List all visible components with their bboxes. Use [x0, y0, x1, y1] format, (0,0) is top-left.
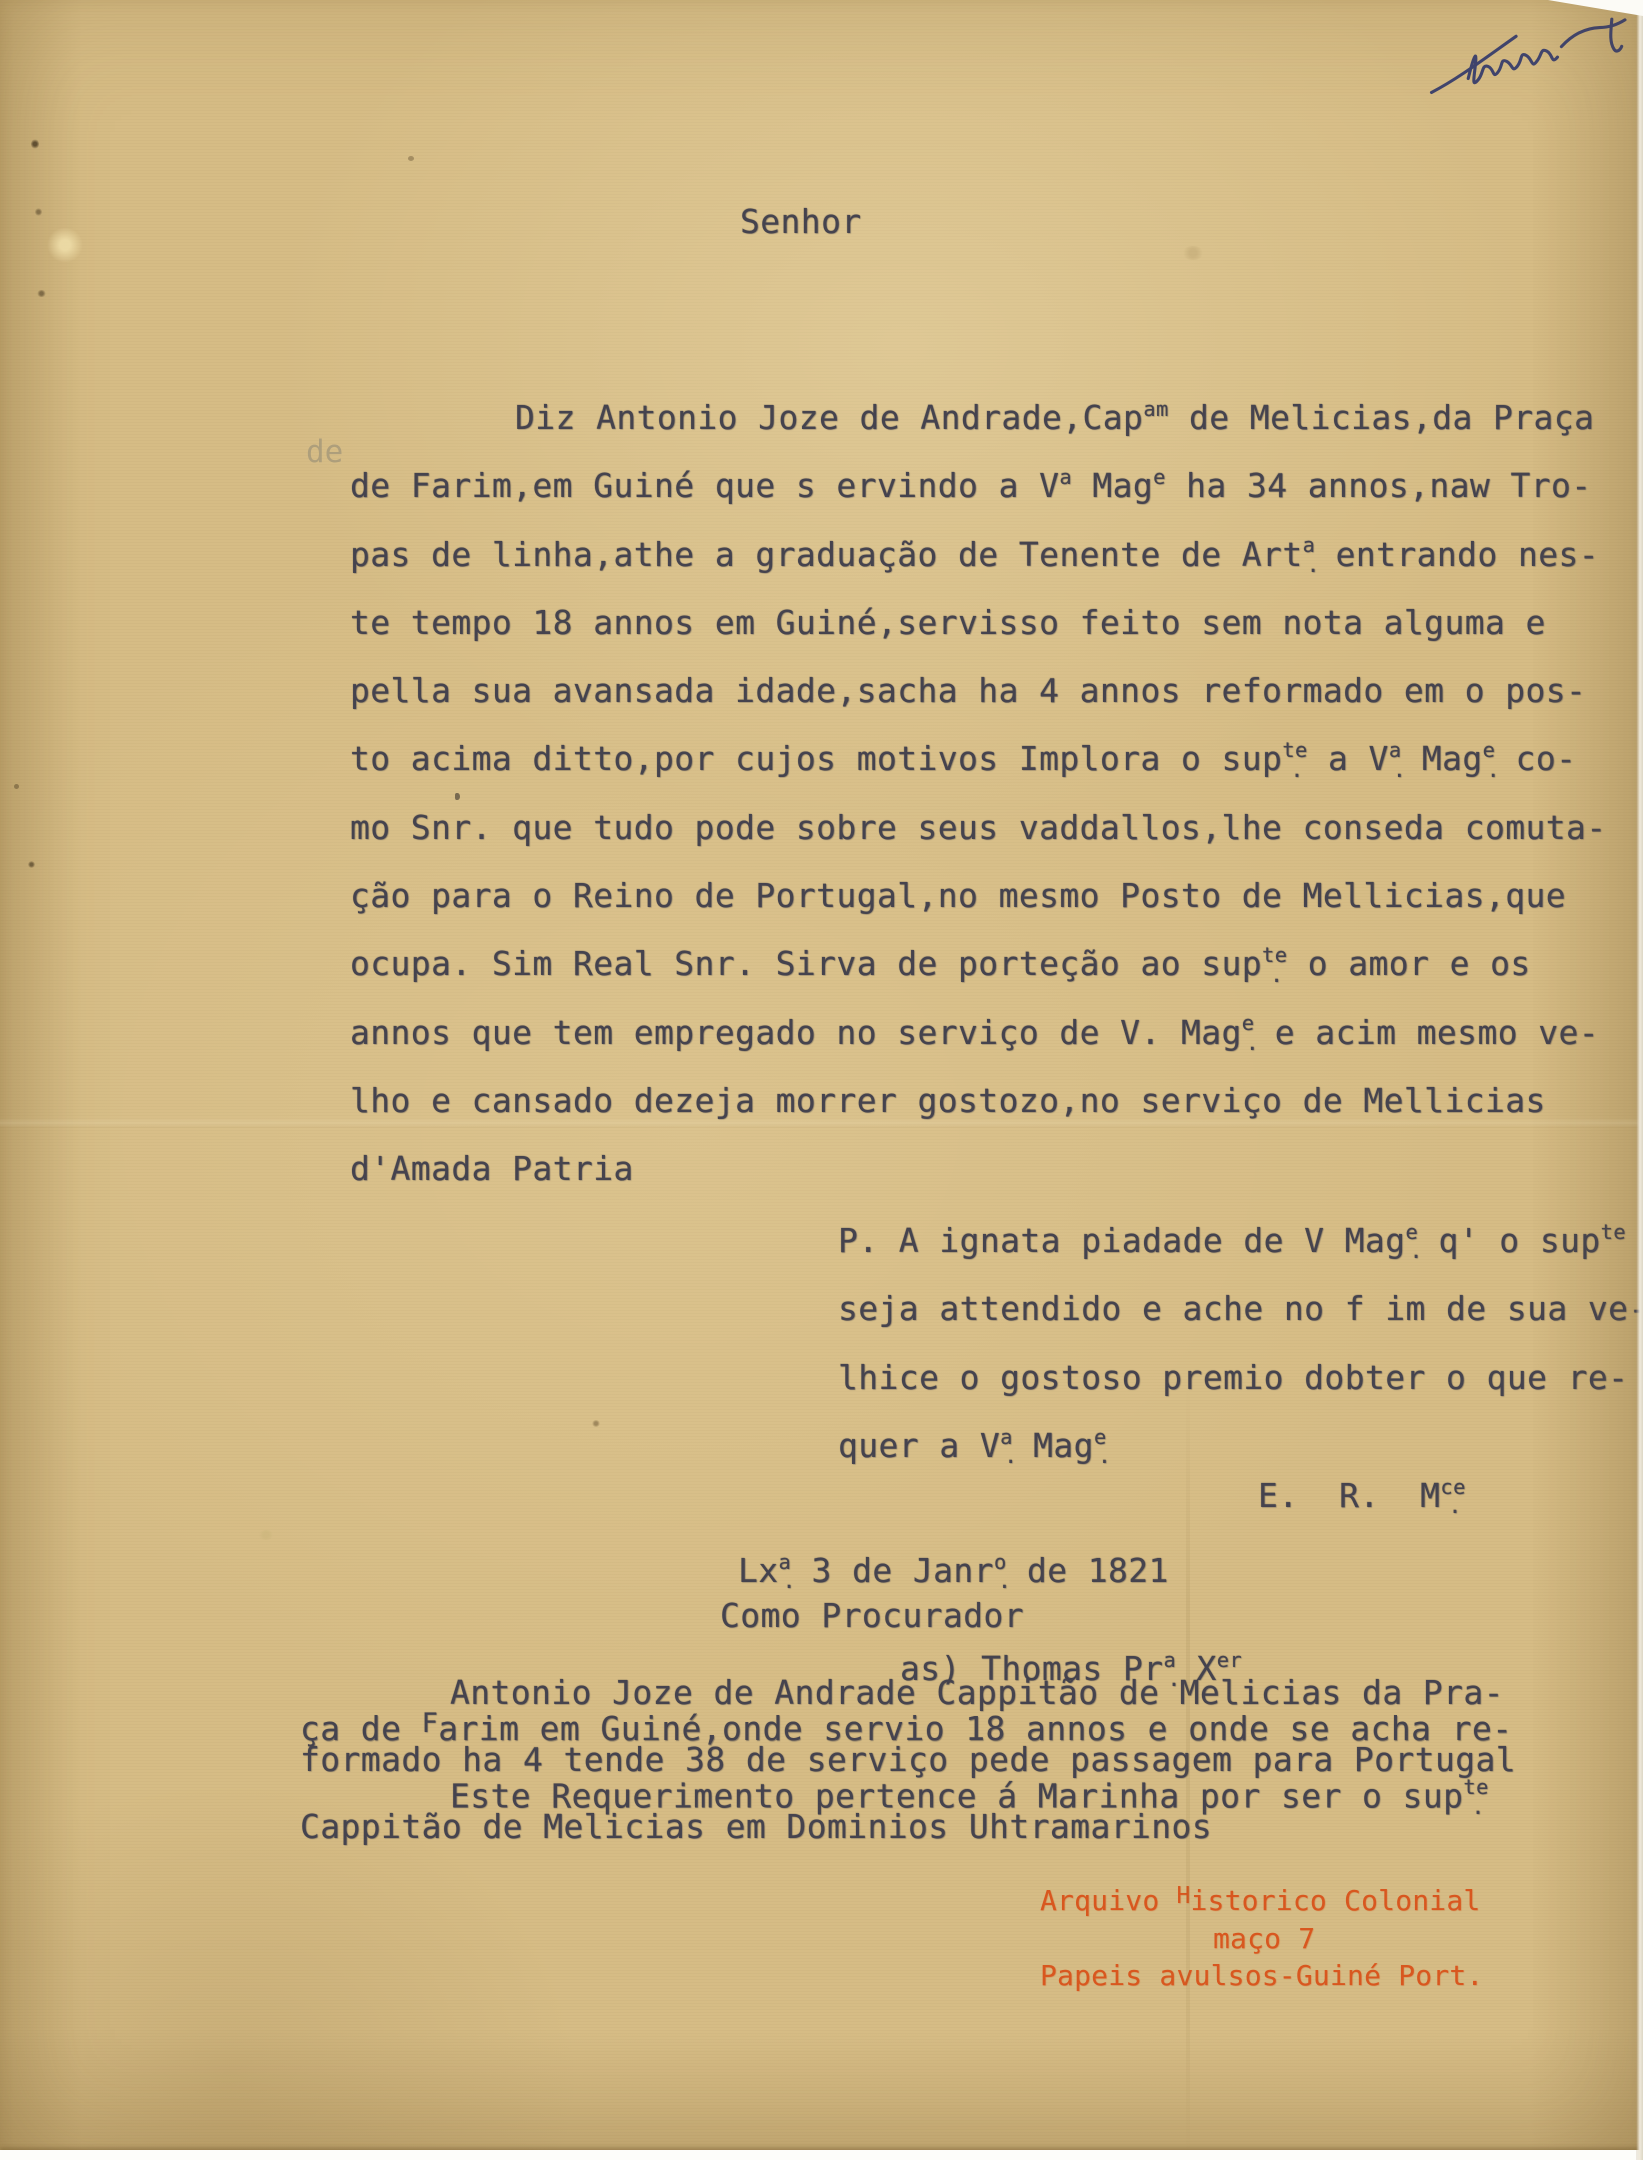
paper-fold [0, 1118, 1643, 1128]
text-line: d'Amada Patria [350, 1135, 1607, 1203]
paper-speck [37, 290, 46, 297]
paper-smudge [1182, 246, 1204, 260]
text-line: annos que tem empregado no serviço de V.… [350, 999, 1607, 1067]
text-line: pas de linha,athe a graduação de Tenente… [350, 521, 1607, 589]
scan-edge-bottom [0, 2150, 1643, 2160]
document-page: Senhor de Diz Antonio Joze de Andrade,Ca… [0, 0, 1643, 2160]
petition-clause: P. A ignata piadade de V Mage q' o supte… [838, 1207, 1643, 1480]
paper-stain [258, 1530, 274, 1540]
text-line: Antonio Joze de Andrade Cappitão de Meli… [300, 1676, 1516, 1710]
text-line: pella sua avansada idade,sacha ha 4 anno… [350, 657, 1607, 725]
text-line: quer a Va Mage [838, 1412, 1643, 1480]
main-paragraph: Diz Antonio Joze de Andrade,Capam de Mel… [350, 384, 1607, 1204]
paper-speck [35, 208, 42, 216]
text-line: seja attendido e ache no f im de sua ve- [838, 1275, 1643, 1343]
scan-edge-right [1636, 0, 1643, 2160]
text-line: de Farim,em Guiné que s ervindo a Va Mag… [350, 452, 1607, 520]
paper-speck [14, 784, 19, 789]
paper-stain [592, 1420, 600, 1427]
stamp-line: Arquivo Historico Colonial [1040, 1882, 1484, 1920]
procurator-line: Como Procurador [720, 1593, 1169, 1638]
paper-speck [408, 156, 414, 161]
paper-speck [31, 139, 39, 149]
text-line: Diz Antonio Joze de Andrade,Capam de Mel… [350, 384, 1607, 452]
text-line: ça de Farim em Guiné,onde servio 18 anno… [300, 1710, 1516, 1744]
margin-overstamp: de [306, 434, 343, 471]
dateline: Lxa 3 de Janro de 1821 Como Procurador [720, 1548, 1169, 1638]
paper-light-spot [46, 228, 84, 262]
text-line: ção para o Reino de Portugal,no mesmo Po… [350, 862, 1607, 930]
archive-stamp: Arquivo Historico Colonial maço 7 Papeis… [1040, 1882, 1484, 1995]
place-date-line: Lxa 3 de Janro de 1821 [720, 1548, 1169, 1593]
text-line: mo Snr. que tudo pode sobre seus vaddall… [350, 794, 1607, 862]
text-line: P. A ignata piadade de V Mage q' o supte [838, 1207, 1643, 1275]
text-line: lhice o gostoso premio dobter o que re- [838, 1344, 1643, 1412]
paper-crease [1186, 1380, 1190, 2160]
text-line: Este Requerimento pertence á Marinha por… [300, 1777, 1516, 1811]
text-line: formado ha 4 tende 38 de serviço pede pa… [300, 1743, 1516, 1777]
paper-speck [28, 861, 35, 868]
shading-band [1530, 0, 1643, 2160]
text-line: to acima ditto,por cujos motivos Implora… [350, 725, 1607, 793]
text-line: ocupa. Sim Real Snr. Sirva de porteção a… [350, 930, 1607, 998]
stamp-line: maço 7 [1040, 1920, 1484, 1958]
ink-stray-mark [455, 793, 460, 800]
text-line: te tempo 18 annos em Guiné,servisso feit… [350, 589, 1607, 657]
closing-formula: E. R. Mce [1258, 1476, 1466, 1516]
text-line: Cappitão de Melicias em Dominios Uhtrama… [300, 1810, 1516, 1844]
salutation: Senhor [740, 202, 862, 242]
scan-corner [1548, 0, 1643, 16]
docket-summary: Antonio Joze de Andrade Cappitão de Meli… [300, 1676, 1516, 1844]
stamp-line: Papeis avulsos-Guiné Port. [1040, 1957, 1484, 1995]
